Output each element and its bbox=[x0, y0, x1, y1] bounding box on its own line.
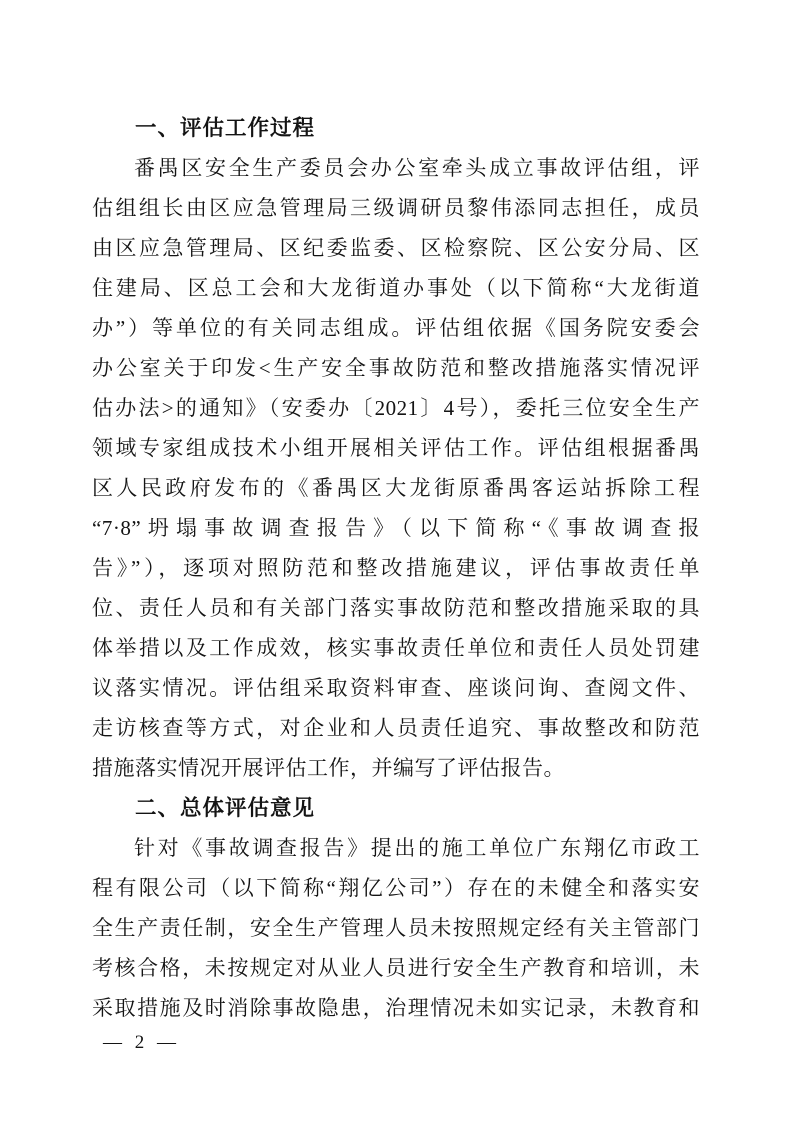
body-line: 全生产责任制，安全生产管理人员未按照规定经有关主管部门 bbox=[92, 908, 700, 948]
section-2-heading: 二、总体评估意见 bbox=[92, 788, 700, 828]
body-line: 议落实情况。评估组采取资料审查、座谈问询、查阅文件、 bbox=[92, 668, 700, 708]
body-line: 体举措以及工作成效，核实事故责任单位和责任人员处罚建 bbox=[92, 628, 700, 668]
document-page: 一、评估工作过程 番禺区安全生产委员会办公室牵头成立事故评估组，评 估组组长由区… bbox=[0, 0, 794, 1123]
document-body: 一、评估工作过程 番禺区安全生产委员会办公室牵头成立事故评估组，评 估组组长由区… bbox=[92, 108, 700, 1028]
body-line: 位、责任人员和有关部门落实事故防范和整改措施采取的具 bbox=[92, 588, 700, 628]
page-number: — 2 — bbox=[103, 1030, 180, 1056]
body-line: 由区应急管理局、区纪委监委、区检察院、区公安分局、区 bbox=[92, 228, 700, 268]
body-line: 办”）等单位的有关同志组成。评估组依据《国务院安委会 bbox=[92, 308, 700, 348]
body-line: 告》”），逐项对照防范和整改措施建议，评估事故责任单 bbox=[92, 548, 700, 588]
body-line: 估办法>的通知》（安委办〔2021〕4号），委托三位安全生产 bbox=[92, 388, 700, 428]
body-line: 针对《事故调查报告》提出的施工单位广东翔亿市政工 bbox=[92, 828, 700, 868]
body-line: 领域专家组成技术小组开展相关评估工作。评估组根据番禺 bbox=[92, 428, 700, 468]
body-line: 估组组长由区应急管理局三级调研员黎伟添同志担任，成员 bbox=[92, 188, 700, 228]
body-line: 区人民政府发布的《番禺区大龙街原番禺客运站拆除工程 bbox=[92, 468, 700, 508]
body-line: 程有限公司（以下简称“翔亿公司”）存在的未健全和落实安 bbox=[92, 868, 700, 908]
body-line: 措施落实情况开展评估工作，并编写了评估报告。 bbox=[92, 748, 700, 788]
body-line: 走访核查等方式，对企业和人员责任追究、事故整改和防范 bbox=[92, 708, 700, 748]
body-line: 采取措施及时消除事故隐患，治理情况未如实记录，未教育和 bbox=[92, 988, 700, 1028]
section-1-heading: 一、评估工作过程 bbox=[92, 108, 700, 148]
body-line: 考核合格，未按规定对从业人员进行安全生产教育和培训，未 bbox=[92, 948, 700, 988]
body-line: 办公室关于印发<生产安全事故防范和整改措施落实情况评 bbox=[92, 348, 700, 388]
body-line: 住建局、区总工会和大龙街道办事处（以下简称“大龙街道 bbox=[92, 268, 700, 308]
body-line: “7·8”坍塌事故调查报告》（以下简称“《事故调查报 bbox=[92, 508, 700, 548]
body-line: 番禺区安全生产委员会办公室牵头成立事故评估组，评 bbox=[92, 148, 700, 188]
